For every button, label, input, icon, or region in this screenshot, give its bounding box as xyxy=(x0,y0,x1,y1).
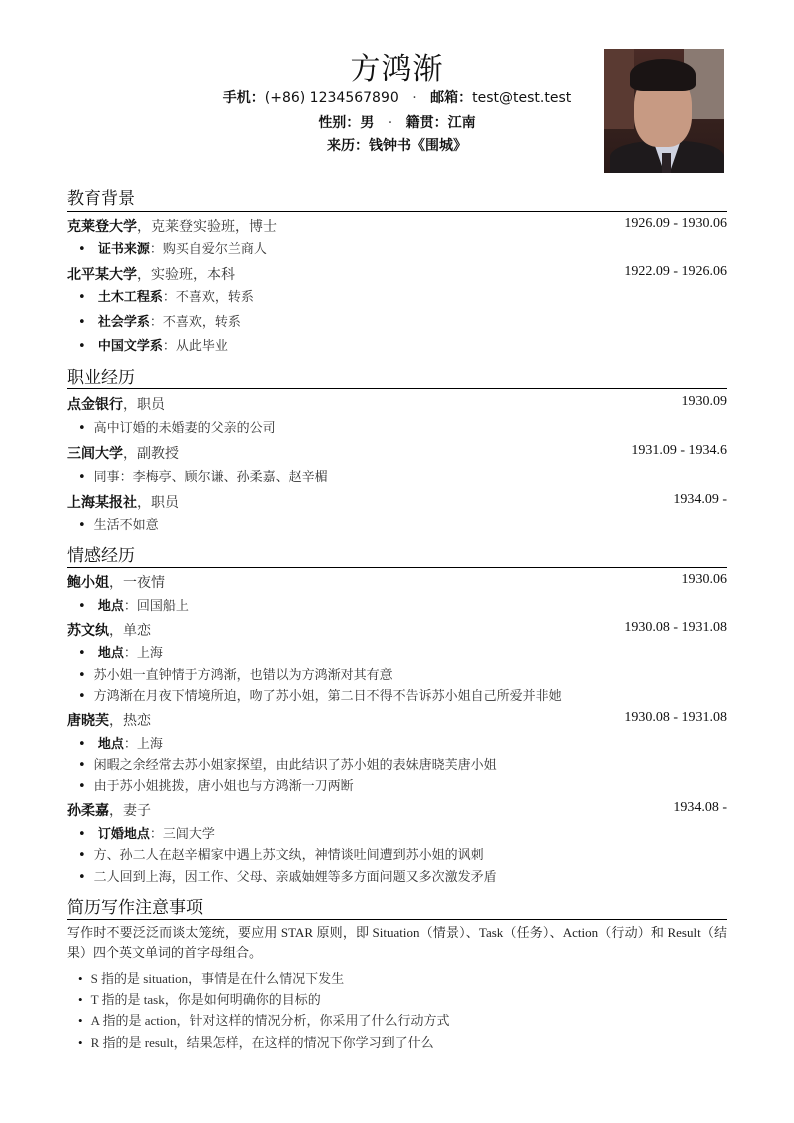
tips-paragraph: 写作时不要泛泛而谈太笼统，要应用 STAR 原则，即 Situation（情景）… xyxy=(67,923,727,963)
entry-org: 孙柔嘉 xyxy=(67,803,109,819)
list-item: 地点：上海 xyxy=(78,642,163,661)
entry-date: 1922.09 - 1926.06 xyxy=(624,264,727,280)
email-label: 邮箱： xyxy=(430,90,472,106)
section-title-education: 教育背景 xyxy=(67,184,135,209)
entry-date: 1931.09 - 1934.6 xyxy=(631,443,727,459)
list-item: 地点：回国船上 xyxy=(78,595,189,614)
list-item: 中国文学系：从此毕业 xyxy=(78,335,228,354)
entry-date: 1934.09 - xyxy=(673,492,727,508)
career-entry: 上海某报社，职员 1934.09 - xyxy=(67,492,727,512)
romance-entry: 孙柔嘉，妻子 1934.08 - xyxy=(67,800,727,820)
list-item: 土木工程系：不喜欢，转系 xyxy=(78,286,254,305)
list-item: 高中订婚的未婚妻的父亲的公司 xyxy=(78,417,276,436)
entry-date: 1930.08 - 1931.08 xyxy=(624,620,727,636)
gender-value: 男 xyxy=(360,115,374,131)
list-item: 苏小姐一直钟情于方鸿渐，也错以为方鸿渐对其有意 xyxy=(78,664,393,683)
separator-dot: · xyxy=(412,90,416,106)
entry-role: ，单恋 xyxy=(109,623,151,639)
list-item: 证书来源：购买自爱尔兰商人 xyxy=(78,238,267,257)
list-item: 方鸿渐在月夜下情境所迫，吻了苏小姐，第二日不得不告诉苏小姐自己所爱并非她 xyxy=(78,685,562,704)
entry-org: 三闾大学 xyxy=(67,446,123,462)
origin-value: 钱钟书《围城》 xyxy=(369,138,467,154)
portrait-photo xyxy=(604,49,724,173)
section-divider xyxy=(67,388,727,389)
list-item: A 指的是 action，针对这样的情况分析，你采用了什么行动方式 xyxy=(78,1010,450,1029)
entry-date: 1934.08 - xyxy=(673,800,727,816)
entry-org: 唐晓芙 xyxy=(67,713,109,729)
phone-value: (+86) 1234567890 xyxy=(265,90,399,106)
list-item: 方、孙二人在赵辛楣家中遇上苏文纨，神情谈吐间遭到苏小姐的讽刺 xyxy=(78,844,484,863)
list-item: 同事：李梅亭、顾尔谦、孙柔嘉、赵辛楣 xyxy=(78,466,328,485)
entry-date: 1930.06 xyxy=(682,572,728,588)
entry-org: 点金银行 xyxy=(67,397,123,413)
list-item: R 指的是 result，结果怎样，在这样的情况下你学习到了什么 xyxy=(78,1032,434,1051)
entry-org: 上海某报社 xyxy=(67,495,137,511)
section-divider xyxy=(67,919,727,920)
origin-label: 来历： xyxy=(327,138,369,154)
list-item: 订婚地点：三闾大学 xyxy=(78,823,215,842)
career-entry: 三闾大学，副教授 1931.09 - 1934.6 xyxy=(67,443,727,463)
list-item: 由于苏小姐挑拨，唐小姐也与方鸿渐一刀两断 xyxy=(78,775,354,794)
entry-org: 克莱登大学 xyxy=(67,219,137,235)
section-title-tips: 简历写作注意事项 xyxy=(67,893,203,918)
entry-date: 1926.09 - 1930.06 xyxy=(624,216,727,232)
entry-date: 1930.09 xyxy=(682,394,728,410)
list-item: 闲暇之余经常去苏小姐家探望，由此结识了苏小姐的表妹唐晓芙唐小姐 xyxy=(78,754,497,773)
list-item: 地点：上海 xyxy=(78,733,163,752)
entry-role: ，妻子 xyxy=(109,803,151,819)
gender-label: 性别： xyxy=(318,115,360,131)
romance-entry: 唐晓芙，热恋 1930.08 - 1931.08 xyxy=(67,710,727,730)
education-entry: 克莱登大学，克莱登实验班，博士 1926.09 - 1930.06 xyxy=(67,216,727,236)
phone-label: 手机： xyxy=(223,90,265,106)
entry-role: ，实验班，本科 xyxy=(137,267,235,283)
hometown-value: 江南 xyxy=(448,115,476,131)
romance-entry: 苏文纨，单恋 1930.08 - 1931.08 xyxy=(67,620,727,640)
list-item: 生活不如意 xyxy=(78,514,159,533)
section-title-romance: 情感经历 xyxy=(67,541,135,566)
list-item: S 指的是 situation，事情是在什么情况下发生 xyxy=(78,968,344,987)
list-item: T 指的是 task，你是如何明确你的目标的 xyxy=(78,989,321,1008)
entry-role: ，热恋 xyxy=(109,713,151,729)
entry-date: 1930.08 - 1931.08 xyxy=(624,710,727,726)
section-divider xyxy=(67,567,727,568)
education-entry: 北平某大学，实验班，本科 1922.09 - 1926.06 xyxy=(67,264,727,284)
entry-role: ，职员 xyxy=(123,397,165,413)
section-title-career: 职业经历 xyxy=(67,363,135,388)
section-divider xyxy=(67,211,727,212)
separator-dot: · xyxy=(388,115,392,131)
list-item: 二人回到上海，因工作、父母、亲戚妯娌等多方面问题又多次激发矛盾 xyxy=(78,866,497,885)
entry-org: 苏文纨 xyxy=(67,623,109,639)
career-entry: 点金银行，职员 1930.09 xyxy=(67,394,727,414)
hometown-label: 籍贯： xyxy=(406,115,448,131)
romance-entry: 鲍小姐，一夜情 1930.06 xyxy=(67,572,727,592)
entry-org: 鲍小姐 xyxy=(67,575,109,591)
entry-role: ，副教授 xyxy=(123,446,179,462)
list-item: 社会学系：不喜欢，转系 xyxy=(78,311,241,330)
email-value[interactable]: test@test.test xyxy=(472,90,571,106)
entry-role: ，一夜情 xyxy=(109,575,165,591)
entry-role: ，职员 xyxy=(137,495,179,511)
entry-role: ，克莱登实验班，博士 xyxy=(137,219,277,235)
entry-org: 北平某大学 xyxy=(67,267,137,283)
